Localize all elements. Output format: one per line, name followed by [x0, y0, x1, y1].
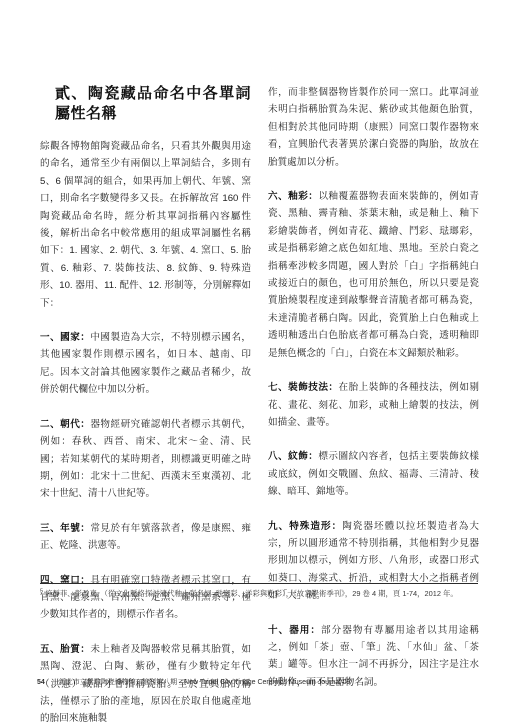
left-column: 貳、陶瓷藏品命名中各單詞屬性名稱 綜觀各博物館陶瓷藏品命名，只看其外觀與用途的命…	[40, 84, 251, 724]
section-body: 器物經研究確認朝代者標示其朝代，例如：春秋、西晉、南宋、北宋～金、清、民國；若知…	[40, 419, 251, 500]
journal-title-en: New Taipei City Yingge Ceramics Museum J…	[184, 679, 350, 686]
document-page: 貳、陶瓷藏品命名中各單詞屬性名稱 綜觀各博物館陶瓷藏品命名，只看其外觀與用途的命…	[0, 0, 512, 724]
section-label: 九、特殊造形：	[268, 521, 342, 532]
page-footer: 54新北市立鶯歌陶瓷博物館 - 館刊第八期New Taipei City Yin…	[37, 677, 350, 687]
two-column-layout: 貳、陶瓷藏品命名中各單詞屬性名稱 綜觀各博物館陶瓷藏品命名，只看其外觀與用途的命…	[40, 84, 479, 724]
section-reign: 三、年號：常見於有年號落款者，像是康熙、雍正、乾隆、洪憲等。	[40, 520, 251, 555]
journal-title-zh: 新北市立鶯歌陶瓷博物館 - 館刊第八期	[59, 679, 177, 686]
section-label: 五、胎質：	[40, 644, 90, 655]
section-label: 八、紋飾：	[268, 451, 318, 462]
section-label: 二、朝代：	[40, 419, 90, 430]
continuation-paragraph: 作，而非整個器物皆製作於同一窯口。此單詞並未明白指稱胎質為朱泥、紫砂或其他顏色胎…	[268, 84, 479, 171]
section-pattern: 八、紋飾：標示圖紋內容者，包括主要裝飾紋樣或底紋，例如交戰圖、魚紋、福壽、三清詩…	[268, 448, 479, 500]
section-label: 七、裝飾技法：	[268, 382, 339, 393]
section-body: 以釉覆蓋器物表面來裝飾的，例如青瓷、黑釉、霽青釉、茶葉末釉，或是釉上、釉下彩繪裝…	[268, 191, 479, 359]
section-label: 六、釉彩：	[268, 191, 318, 202]
section-decoration-technique: 七、裝飾技法：在胎上裝飾的各種技法，例如剔花、畫花、刻花、加彩，或釉上繪製的技法…	[268, 379, 479, 431]
page-number: 54	[37, 679, 45, 686]
section-label: 一、國家：	[40, 332, 90, 343]
page-title: 貳、陶瓷藏品命名中各單詞屬性名稱	[55, 84, 251, 124]
section-label: 十、器用：	[268, 625, 321, 636]
footnote-text: 施靜菲、彭盈真，（從文化脈絡探討清代釉上彩名詞–琺瑯彩、洋彩與粉彩），《故宮學術…	[45, 589, 458, 598]
right-column: 作，而非整個器物皆製作於同一窯口。此單詞並未明白指稱胎質為朱泥、紫砂或其他顏色胎…	[268, 84, 479, 724]
section-label: 三、年號：	[40, 523, 90, 534]
section-glaze: 六、釉彩：以釉覆蓋器物表面來裝飾的，例如青瓷、黑釉、霽青釉、茶葉末釉，或是釉上、…	[268, 188, 479, 362]
footnote: 5 施靜菲、彭盈真，（從文化脈絡探討清代釉上彩名詞–琺瑯彩、洋彩與粉彩），《故宮…	[40, 588, 478, 599]
section-country: 一、國家：中國製造為大宗，不特別標示國名，其他國家製作則標示國名，如日本、越南、…	[40, 329, 251, 399]
intro-paragraph: 綜觀各博物館陶瓷藏品命名，只看其外觀與用途的命名，通常至少有兩個以上單詞結合，多…	[40, 138, 251, 312]
footnote-marker: 5	[40, 589, 43, 595]
footnote-divider	[40, 583, 478, 584]
section-dynasty: 二、朝代：器物經研究確認朝代者標示其朝代，例如：春秋、西晉、南宋、北宋～金、清、…	[40, 416, 251, 503]
